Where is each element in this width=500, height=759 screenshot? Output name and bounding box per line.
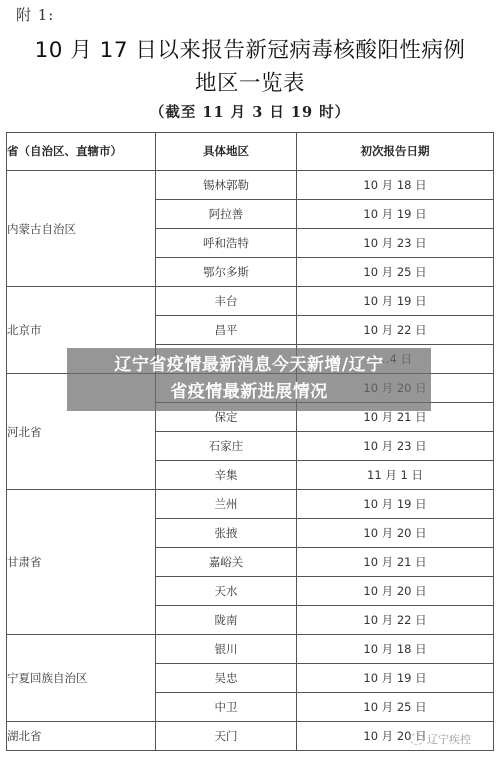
district-cell: 锡林郭勒 xyxy=(156,171,297,200)
date-cell: 10 月 19 日 xyxy=(297,664,494,693)
date-cell: 10 月 23 日 xyxy=(297,229,494,258)
overlay-headline-banner[interactable]: 辽宁省疫情最新消息今天新增/辽宁 省疫情最新进展情况 xyxy=(67,348,431,411)
table-header-row: 省（自治区、直辖市） 具体地区 初次报告日期 xyxy=(7,133,494,171)
date-cell: 10 月 22 日 xyxy=(297,606,494,635)
banner-line2: 省疫情最新进展情况 xyxy=(67,379,431,406)
date-cell: 10 月 21 日 xyxy=(297,548,494,577)
document-title-line1: 10 月 17 日以来报告新冠病毒核酸阳性病例 xyxy=(0,33,500,64)
district-cell: 丰台 xyxy=(156,287,297,316)
header-district: 具体地区 xyxy=(156,133,297,171)
district-cell: 辛集 xyxy=(156,461,297,490)
date-cell: 10 月 18 日 xyxy=(297,635,494,664)
province-cell: 宁夏回族自治区 xyxy=(7,635,156,722)
source-watermark: 辽宁疾控 xyxy=(410,731,471,747)
date-cell: 10 月 18 日 xyxy=(297,171,494,200)
table-row: 北京市丰台10 月 19 日 xyxy=(7,287,494,316)
date-cell: 10 月 19 日 xyxy=(297,490,494,519)
district-cell: 天门 xyxy=(156,722,297,751)
district-cell: 中卫 xyxy=(156,693,297,722)
district-cell: 陇南 xyxy=(156,606,297,635)
province-cell: 甘肃省 xyxy=(7,490,156,635)
district-cell: 阿拉善 xyxy=(156,200,297,229)
date-cell: 10 月 25 日 xyxy=(297,258,494,287)
regions-table: 省（自治区、直辖市） 具体地区 初次报告日期 内蒙古自治区锡林郭勒10 月 18… xyxy=(6,132,494,751)
date-cell: 10 月 25 日 xyxy=(297,693,494,722)
date-cell: 11 月 1 日 xyxy=(297,461,494,490)
table-row: 宁夏回族自治区银川10 月 18 日 xyxy=(7,635,494,664)
date-cell: 10 月 20 日 xyxy=(297,519,494,548)
appendix-label: 附 1: xyxy=(16,4,54,25)
header-province: 省（自治区、直辖市） xyxy=(7,133,156,171)
province-cell: 湖北省 xyxy=(7,722,156,751)
date-cell: 10 月 23 日 xyxy=(297,432,494,461)
date-cell: 10 月 19 日 xyxy=(297,200,494,229)
district-cell: 嘉峪关 xyxy=(156,548,297,577)
table-row: 甘肃省兰州10 月 19 日 xyxy=(7,490,494,519)
header-date: 初次报告日期 xyxy=(297,133,494,171)
wechat-icon xyxy=(410,733,424,745)
table-body: 内蒙古自治区锡林郭勒10 月 18 日阿拉善10 月 19 日呼和浩特10 月 … xyxy=(7,171,494,751)
district-cell: 吴忠 xyxy=(156,664,297,693)
district-cell: 银川 xyxy=(156,635,297,664)
date-cell: 10 月 20 日 xyxy=(297,577,494,606)
table-row: 内蒙古自治区锡林郭勒10 月 18 日 xyxy=(7,171,494,200)
document-subtitle: （截至 11 月 3 日 19 时） xyxy=(0,101,500,122)
banner-line1: 辽宁省疫情最新消息今天新增/辽宁 xyxy=(67,352,431,379)
date-cell: 10 月 22 日 xyxy=(297,316,494,345)
district-cell: 昌平 xyxy=(156,316,297,345)
document-title-line2: 地区一览表 xyxy=(0,66,500,97)
district-cell: 石家庄 xyxy=(156,432,297,461)
date-cell: 10 月 19 日 xyxy=(297,287,494,316)
district-cell: 兰州 xyxy=(156,490,297,519)
district-cell: 天水 xyxy=(156,577,297,606)
district-cell: 呼和浩特 xyxy=(156,229,297,258)
province-cell: 内蒙古自治区 xyxy=(7,171,156,287)
watermark-text: 辽宁疾控 xyxy=(427,731,471,747)
district-cell: 鄂尔多斯 xyxy=(156,258,297,287)
district-cell: 张掖 xyxy=(156,519,297,548)
